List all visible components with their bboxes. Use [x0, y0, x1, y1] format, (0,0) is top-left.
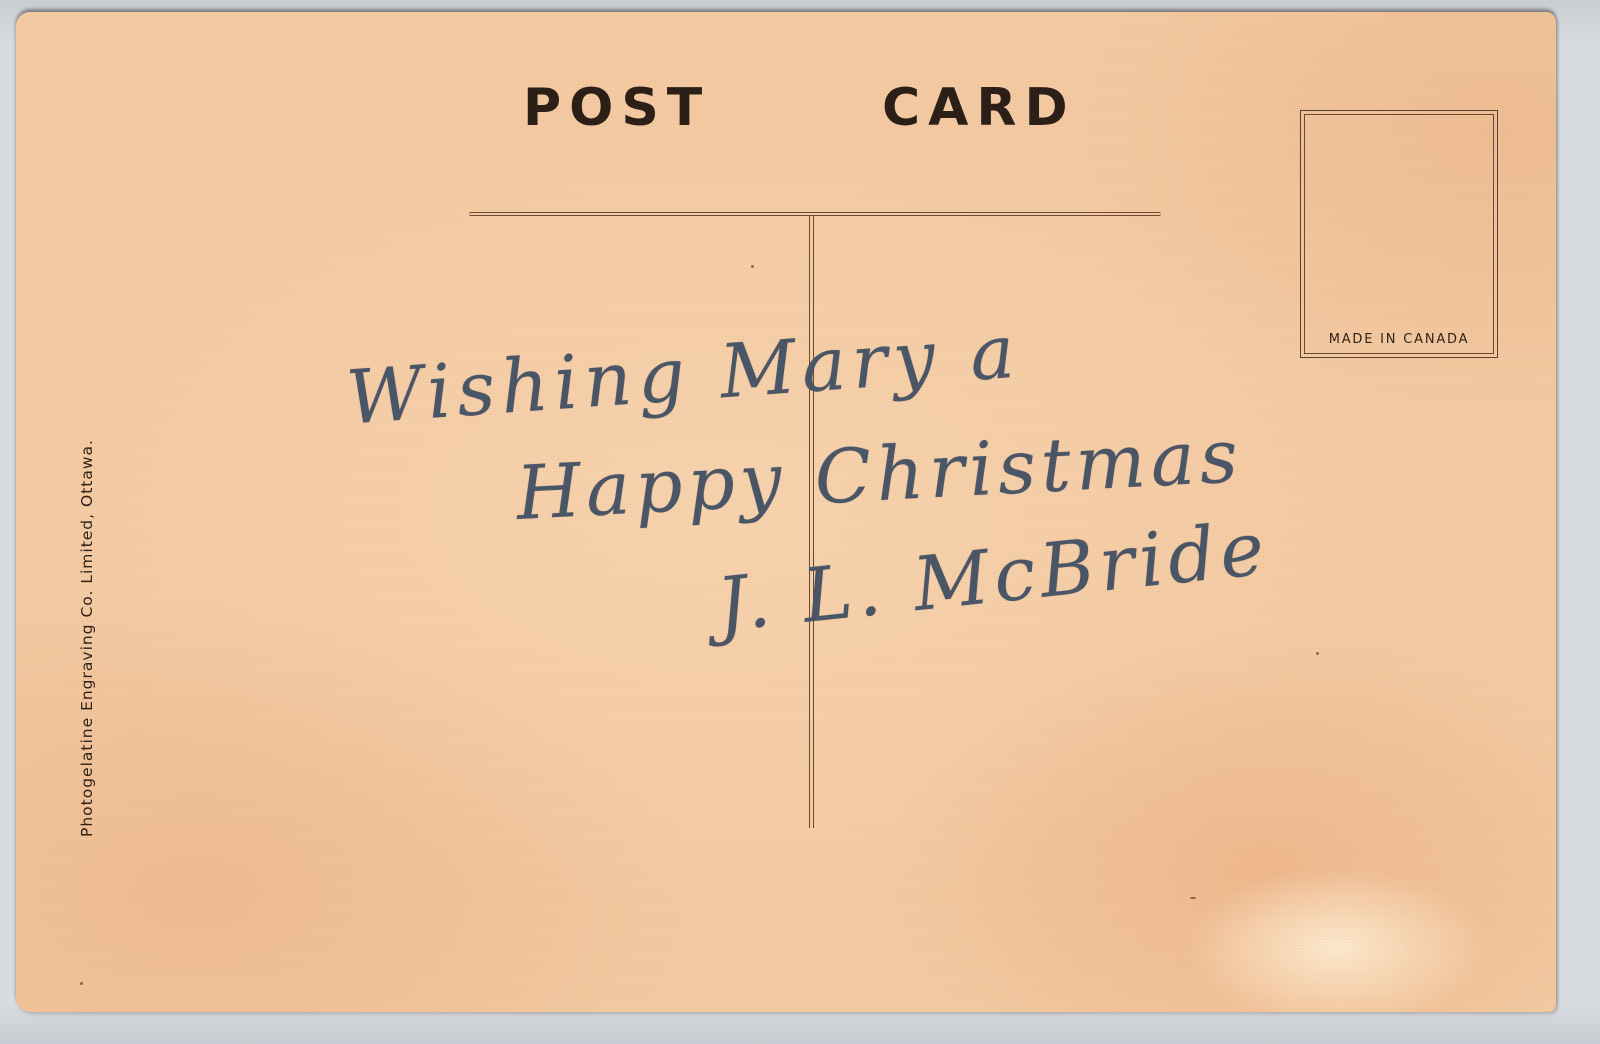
postcard-back: POST CARD MADE IN CANADA Photogelatine E…: [16, 12, 1556, 1012]
paper-speck: [1316, 652, 1319, 655]
title-card: CARD: [882, 82, 1076, 134]
paper-speck: [80, 982, 83, 985]
title-post-text: POST: [523, 78, 710, 138]
address-divider-horizontal: [469, 212, 1161, 216]
title-post: POST: [523, 82, 710, 134]
title-card-text: CARD: [882, 78, 1076, 138]
address-divider-vertical: [809, 216, 814, 828]
handwritten-line-1: Wishing Mary a: [344, 309, 1023, 442]
publisher-imprint: Photogelatine Engraving Co. Limited, Ott…: [78, 439, 96, 837]
handwritten-signature: J. L. McBride: [713, 505, 1273, 648]
made-in-canada-label: MADE IN CANADA: [1305, 332, 1493, 347]
stamp-box: MADE IN CANADA: [1300, 110, 1498, 358]
stamp-box-inner: MADE IN CANADA: [1304, 114, 1494, 354]
paper-speck: [1190, 897, 1196, 899]
paper-speck: [751, 265, 754, 268]
scan-background: POST CARD MADE IN CANADA Photogelatine E…: [0, 0, 1600, 1044]
